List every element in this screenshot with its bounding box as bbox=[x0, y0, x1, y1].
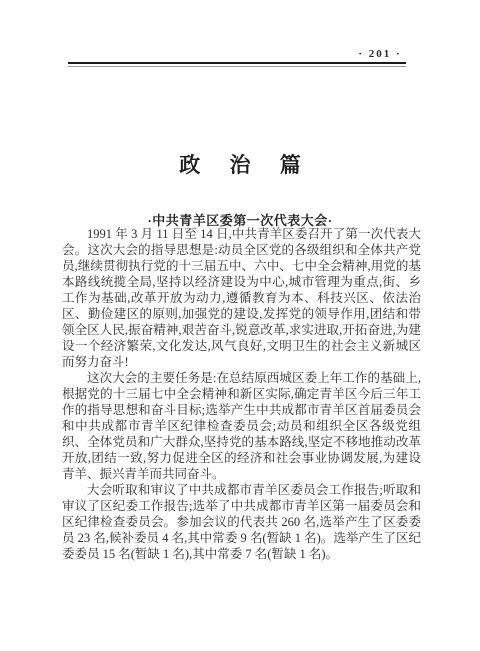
paragraph-2: 这次大会的主要任务是:在总结原西城区委上年工作的基础上,根据党的十三届七中全会精… bbox=[62, 370, 421, 482]
header-rule bbox=[68, 62, 406, 67]
paragraph-1: 1991 年 3 月 11 日至 14 日,中共青羊区委召开了第一次代表大会。这… bbox=[62, 226, 421, 370]
page-number: · 201 · bbox=[353, 48, 407, 60]
header-rule-thick-line bbox=[68, 62, 406, 64]
header-rule-thin-line bbox=[68, 66, 406, 67]
section-title: 政 治 篇 bbox=[0, 149, 480, 179]
paragraph-3: 大会听取和审议了中共成都市青羊区委员会工作报告;听取和审议了区纪委工作报告;选举… bbox=[62, 482, 421, 562]
article-body: 1991 年 3 月 11 日至 14 日,中共青羊区委召开了第一次代表大会。这… bbox=[62, 226, 421, 562]
scanned-book-page: · 201 · 政 治 篇 ·中共青羊区委第一次代表大会· 1991 年 3 月… bbox=[0, 0, 480, 651]
